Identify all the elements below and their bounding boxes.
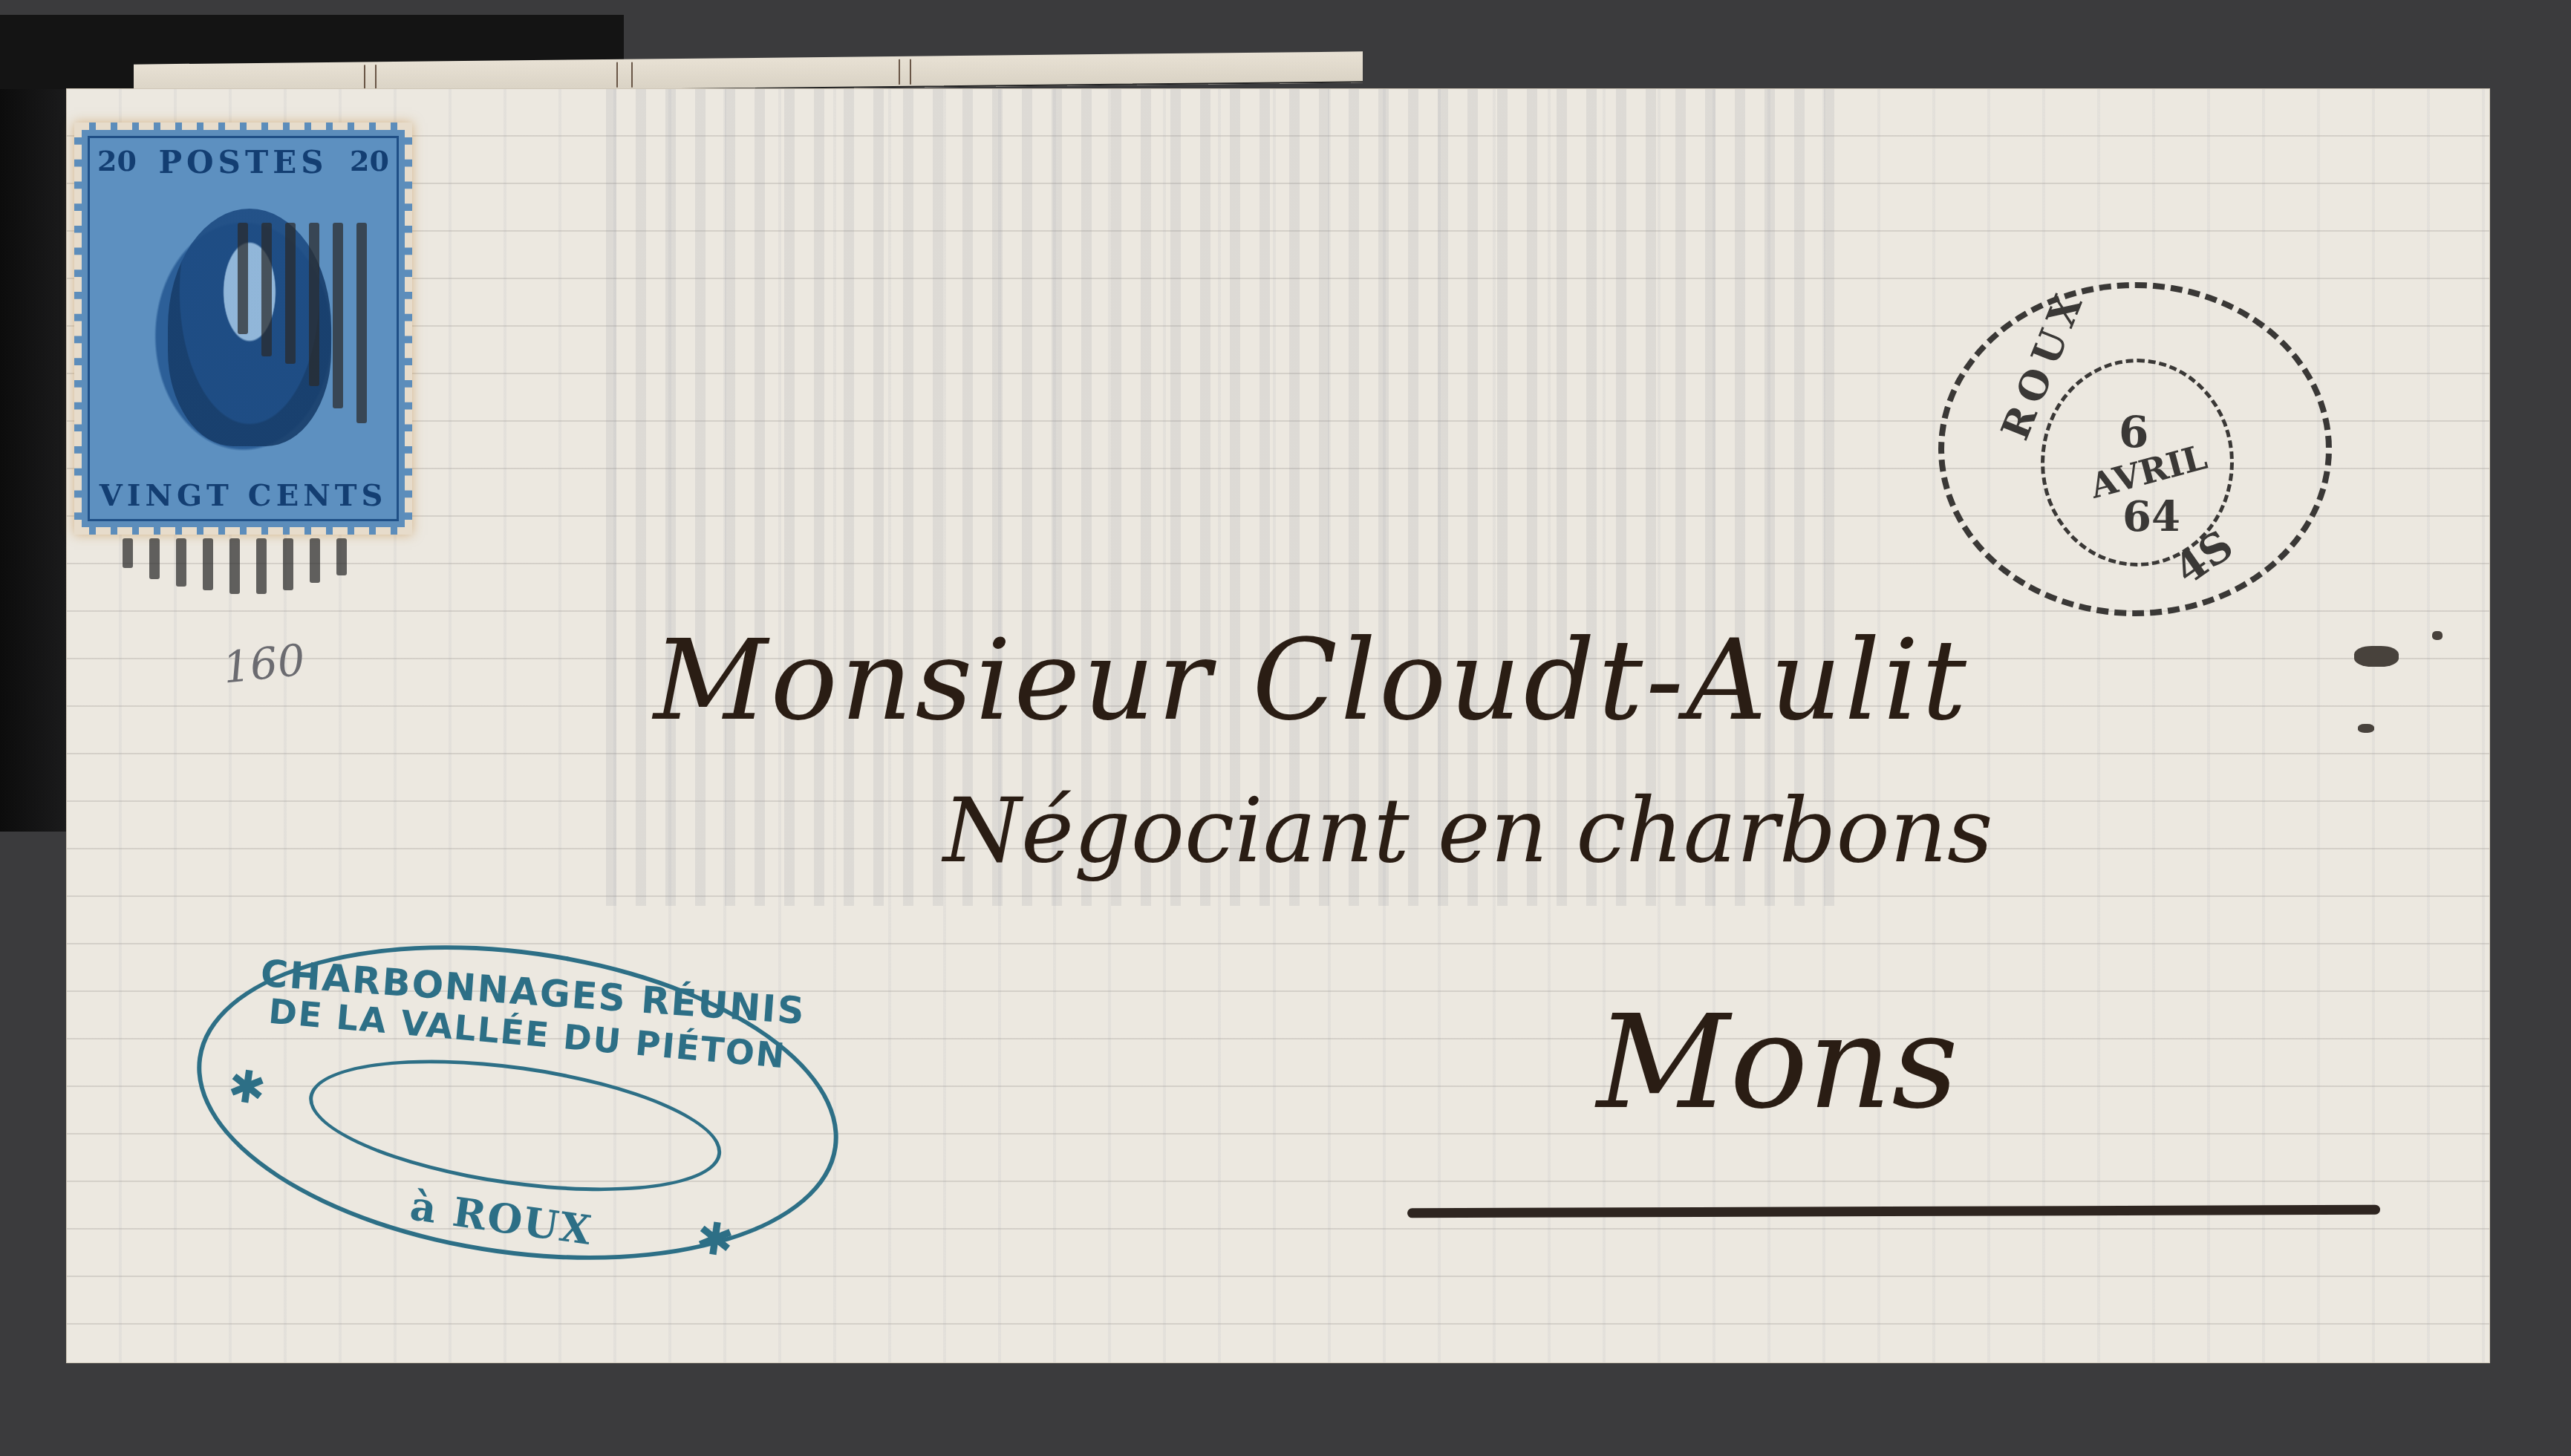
address-recipient: Monsieur Cloudt-Aulit [654, 616, 1969, 745]
black-tape-left [0, 89, 67, 832]
date-postmark: ROUX 6 AVRIL 64 4S [1938, 282, 2332, 616]
pencil-note: 160 [221, 634, 307, 693]
address-occupation: Négociant en charbons [943, 780, 1993, 883]
stamp-top-label: POSTES [90, 144, 397, 180]
address-city: Mons [1597, 987, 1958, 1138]
bar-cancellation [238, 223, 367, 423]
postmark-year: 64 [2122, 492, 2180, 541]
stamp-bottom-label: VINGT CENTS [90, 478, 397, 513]
postmark-day: 6 [2119, 407, 2148, 457]
bar-cancellation-lower [123, 538, 347, 594]
star-icon: ✱ [225, 1060, 270, 1116]
